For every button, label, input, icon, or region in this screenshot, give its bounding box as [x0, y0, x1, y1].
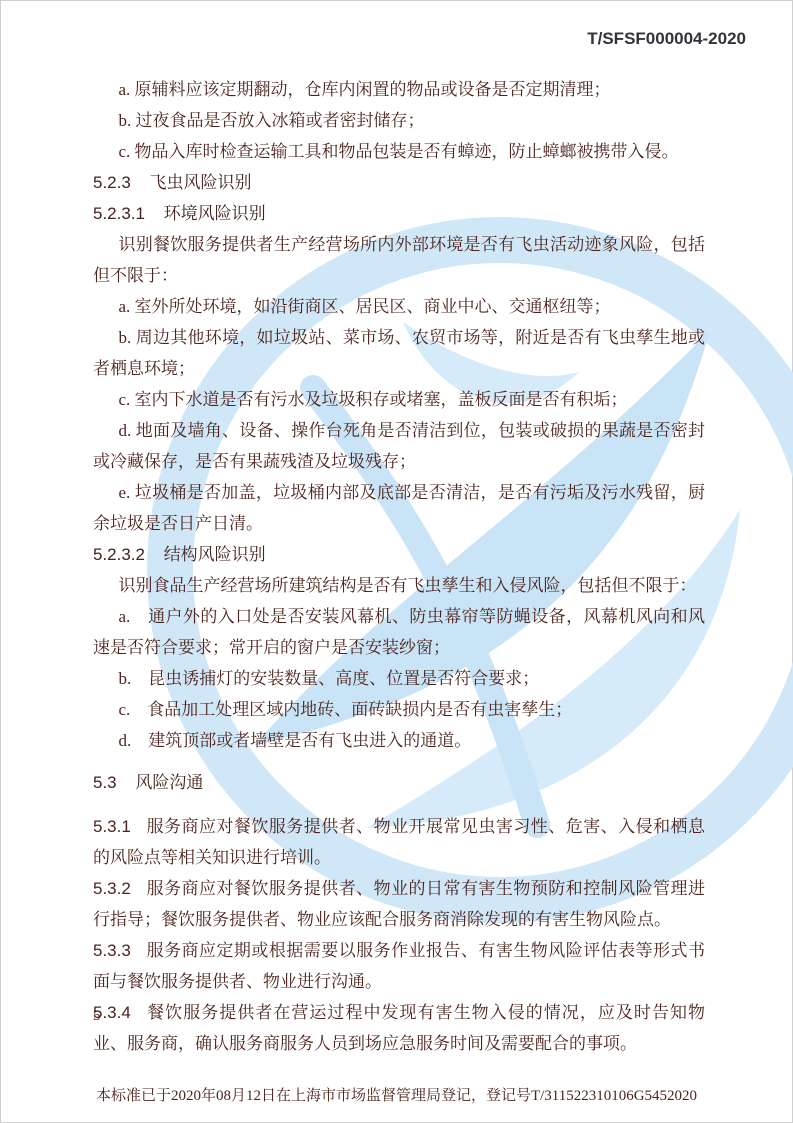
paragraph: 5.3.2服务商应对餐饮服务提供者、物业的日常有害生物预防和控制风险管理进行指导…	[93, 873, 705, 935]
paragraph: 5.3.3服务商应定期或根据需要以服务作业报告、有害生物风险评估表等形式书面与餐…	[93, 935, 705, 997]
clause-number: 5.2.3.1	[93, 204, 145, 223]
clause-text: a. 室外所处环境，如沿街商区、居民区、商业中心、交通枢纽等；	[119, 297, 611, 316]
clause-text: a. 通户外的入口处是否安装风幕机、防虫幕帘等防蝇设备，风幕机风向和风速是否符合…	[93, 607, 705, 657]
footer-note: 本标准已于2020年08月12日在上海市市场监督管理局登记，登记号T/31152…	[0, 1084, 793, 1105]
clause-text: 结构风险识别	[164, 545, 266, 564]
doc-number: T/SFSF000004-2020	[587, 29, 746, 49]
clause-text: c. 物品入库时检查运输工具和物品包装是否有蟑迹，防止蟑螂被携带入侵。	[119, 142, 679, 161]
section-heading: 5.3风险沟通	[93, 767, 705, 798]
clause-text: 识别餐饮服务提供者生产经营场所内外部环境是否有飞虫活动迹象风险，包括但不限于：	[93, 235, 705, 285]
section-heading: 5.2.3.2结构风险识别	[93, 539, 705, 570]
paragraph: 5.3.1服务商应对餐饮服务提供者、物业开展常见虫害习性、危害、入侵和栖息的风险…	[93, 811, 705, 873]
section-heading: 5.2.3飞虫风险识别	[93, 167, 705, 198]
document-page: T/SFSF000004-2020 a. 原辅料应该定期翻动，仓库内闲置的物品或…	[0, 0, 793, 1123]
clause-text: 飞虫风险识别	[150, 173, 252, 192]
clause-text: 服务商应定期或根据需要以服务作业报告、有害生物风险评估表等形式书面与餐饮服务提供…	[93, 941, 705, 991]
clause-text: 餐饮服务提供者在营运过程中发现有害生物入侵的情况，应及时告知物业、服务商，确认服…	[93, 1003, 705, 1053]
paragraph: d. 地面及墙角、设备、操作台死角是否清洁到位，包装或破损的果蔬是否密封或冷藏保…	[93, 415, 705, 477]
clause-number: 5.2.3	[93, 173, 131, 192]
clause-text: c. 食品加工处理区域内地砖、面砖缺损内是否有虫害孳生；	[119, 700, 573, 719]
clause-text: 风险沟通	[135, 773, 203, 792]
section-heading: 5.2.3.1环境风险识别	[93, 198, 705, 229]
clause-text: e. 垃圾桶是否加盖，垃圾桶内部及底部是否清洁，是否有污垢及污水残留，厨余垃圾是…	[93, 483, 705, 533]
clause-text: b. 周边其他环境，如垃圾站、菜市场、农贸市场等，附近是否有飞虫孳生地或者栖息环…	[93, 328, 705, 378]
paragraph: a. 原辅料应该定期翻动，仓库内闲置的物品或设备是否定期清理；	[93, 74, 705, 105]
clause-number: 5.3.3	[93, 941, 131, 960]
paragraph: c. 室内下水道是否有污水及垃圾积存或堵塞，盖板反面是否有积垢；	[93, 384, 705, 415]
clause-text: d. 建筑顶部或者墙壁是否有飞虫进入的通道。	[119, 731, 472, 750]
paragraph: 识别食品生产经营场所建筑结构是否有飞虫孳生和入侵风险，包括但不限于：	[93, 570, 705, 601]
paragraph: c. 物品入库时检查运输工具和物品包装是否有蟑迹，防止蟑螂被携带入侵。	[93, 136, 705, 167]
clause-number: 5.2.3.2	[93, 545, 145, 564]
clause-number: 5.3	[93, 773, 117, 792]
paragraph: b. 过夜食品是否放入冰箱或者密封储存；	[93, 105, 705, 136]
clause-number: 5.3.2	[93, 879, 131, 898]
document-body: a. 原辅料应该定期翻动，仓库内闲置的物品或设备是否定期清理；b. 过夜食品是否…	[93, 74, 705, 1059]
paragraph: b. 周边其他环境，如垃圾站、菜市场、农贸市场等，附近是否有飞虫孳生地或者栖息环…	[93, 322, 705, 384]
clause-text: d. 地面及墙角、设备、操作台死角是否清洁到位，包装或破损的果蔬是否密封或冷藏保…	[93, 421, 705, 471]
paragraph: d. 建筑顶部或者墙壁是否有飞虫进入的通道。	[93, 725, 705, 756]
paragraph: c. 食品加工处理区域内地砖、面砖缺损内是否有虫害孳生；	[93, 694, 705, 725]
clause-text: b. 过夜食品是否放入冰箱或者密封储存；	[119, 111, 425, 130]
paragraph: e. 垃圾桶是否加盖，垃圾桶内部及底部是否清洁，是否有污垢及污水残留，厨余垃圾是…	[93, 477, 705, 539]
paragraph: b. 昆虫诱捕灯的安装数量、高度、位置是否符合要求；	[93, 663, 705, 694]
clause-text: 服务商应对餐饮服务提供者、物业开展常见虫害习性、危害、入侵和栖息的风险点等相关知…	[93, 817, 705, 867]
paragraph: 识别餐饮服务提供者生产经营场所内外部环境是否有飞虫活动迹象风险，包括但不限于：	[93, 229, 705, 291]
paragraph: a. 通户外的入口处是否安装风幕机、防虫幕帘等防蝇设备，风幕机风向和风速是否符合…	[93, 601, 705, 663]
paragraph: a. 室外所处环境，如沿街商区、居民区、商业中心、交通枢纽等；	[93, 291, 705, 322]
clause-number: 5.3.1	[93, 817, 131, 836]
page-number: 5	[93, 1008, 101, 1025]
clause-text: c. 室内下水道是否有污水及垃圾积存或堵塞，盖板反面是否有积垢；	[119, 390, 628, 409]
clause-text: 环境风险识别	[164, 204, 266, 223]
clause-text: a. 原辅料应该定期翻动，仓库内闲置的物品或设备是否定期清理；	[119, 80, 611, 99]
clause-text: 识别食品生产经营场所建筑结构是否有飞虫孳生和入侵风险，包括但不限于：	[119, 576, 697, 595]
clause-text: b. 昆虫诱捕灯的安装数量、高度、位置是否符合要求；	[119, 669, 540, 688]
paragraph: 5.3.4餐饮服务提供者在营运过程中发现有害生物入侵的情况，应及时告知物业、服务…	[93, 997, 705, 1059]
clause-text: 服务商应对餐饮服务提供者、物业的日常有害生物预防和控制风险管理进行指导；餐饮服务…	[93, 879, 705, 929]
